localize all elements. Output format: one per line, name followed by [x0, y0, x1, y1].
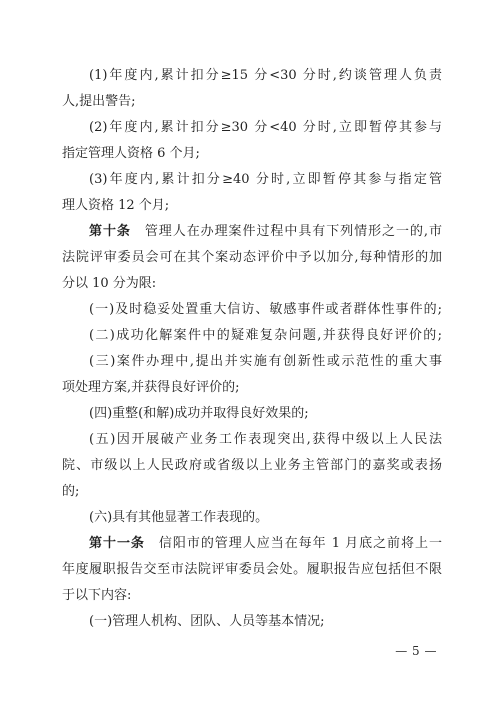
document-line: (一)管理人机构、团队、人员等基本情况; — [62, 609, 442, 635]
document-line: 分以 10 分为限: — [62, 271, 442, 297]
article-heading: 第十条 — [89, 224, 131, 239]
document-line: 第十一条 信阳市的管理人应当在每年 1 月底之前将上一 — [62, 531, 442, 557]
document-line: (六)具有其他显著工作表现的。 — [62, 505, 442, 531]
document-line: 法院评审委员会可在其个案动态评价中予以加分,每种情形的加 — [62, 245, 442, 271]
document-text: (1)年度内,累计扣分≥15 分<30 分时,约谈管理人负责人,提出警告;(2)… — [62, 63, 442, 635]
document-line: (三)案件办理中,提出并实施有创新性或示范性的重大事 — [62, 349, 442, 375]
document-line: 年度履职报告交至市法院评审委员会处。履职报告应包括但不限 — [62, 557, 442, 583]
page-number: — 5 — — [395, 643, 437, 659]
document-line: 第十条 管理人在办理案件过程中具有下列情形之一的,市 — [62, 219, 442, 245]
document-line: (一)及时稳妥处置重大信访、敏感事件或者群体性事件的; — [62, 297, 442, 323]
document-line: 院、市级以上人民政府或省级以上业务主管部门的嘉奖或表扬 — [62, 453, 442, 479]
document-line: 的; — [62, 479, 442, 505]
document-line: (2)年度内,累计扣分≥30 分<40 分时,立即暂停其参与 — [62, 115, 442, 141]
document-line: (二)成功化解案件中的疑难复杂问题,并获得良好评价的; — [62, 323, 442, 349]
document-line: (3)年度内,累计扣分≥40 分时,立即暂停其参与指定管 — [62, 167, 442, 193]
scanned-document-page: (1)年度内,累计扣分≥15 分<30 分时,约谈管理人负责人,提出警告;(2)… — [0, 0, 500, 707]
article-heading: 第十一条 — [89, 536, 145, 551]
document-line: (五)因开展破产业务工作表现突出,获得中级以上人民法 — [62, 427, 442, 453]
document-line: 指定管理人资格 6 个月; — [62, 141, 442, 167]
document-line: 于以下内容: — [62, 583, 442, 609]
document-line: (1)年度内,累计扣分≥15 分<30 分时,约谈管理人负责 — [62, 63, 442, 89]
document-line: 项处理方案,并获得良好评价的; — [62, 375, 442, 401]
document-line: (四)重整(和解)成功并取得良好效果的; — [62, 401, 442, 427]
document-line: 人,提出警告; — [62, 89, 442, 115]
document-line: 理人资格 12 个月; — [62, 193, 442, 219]
